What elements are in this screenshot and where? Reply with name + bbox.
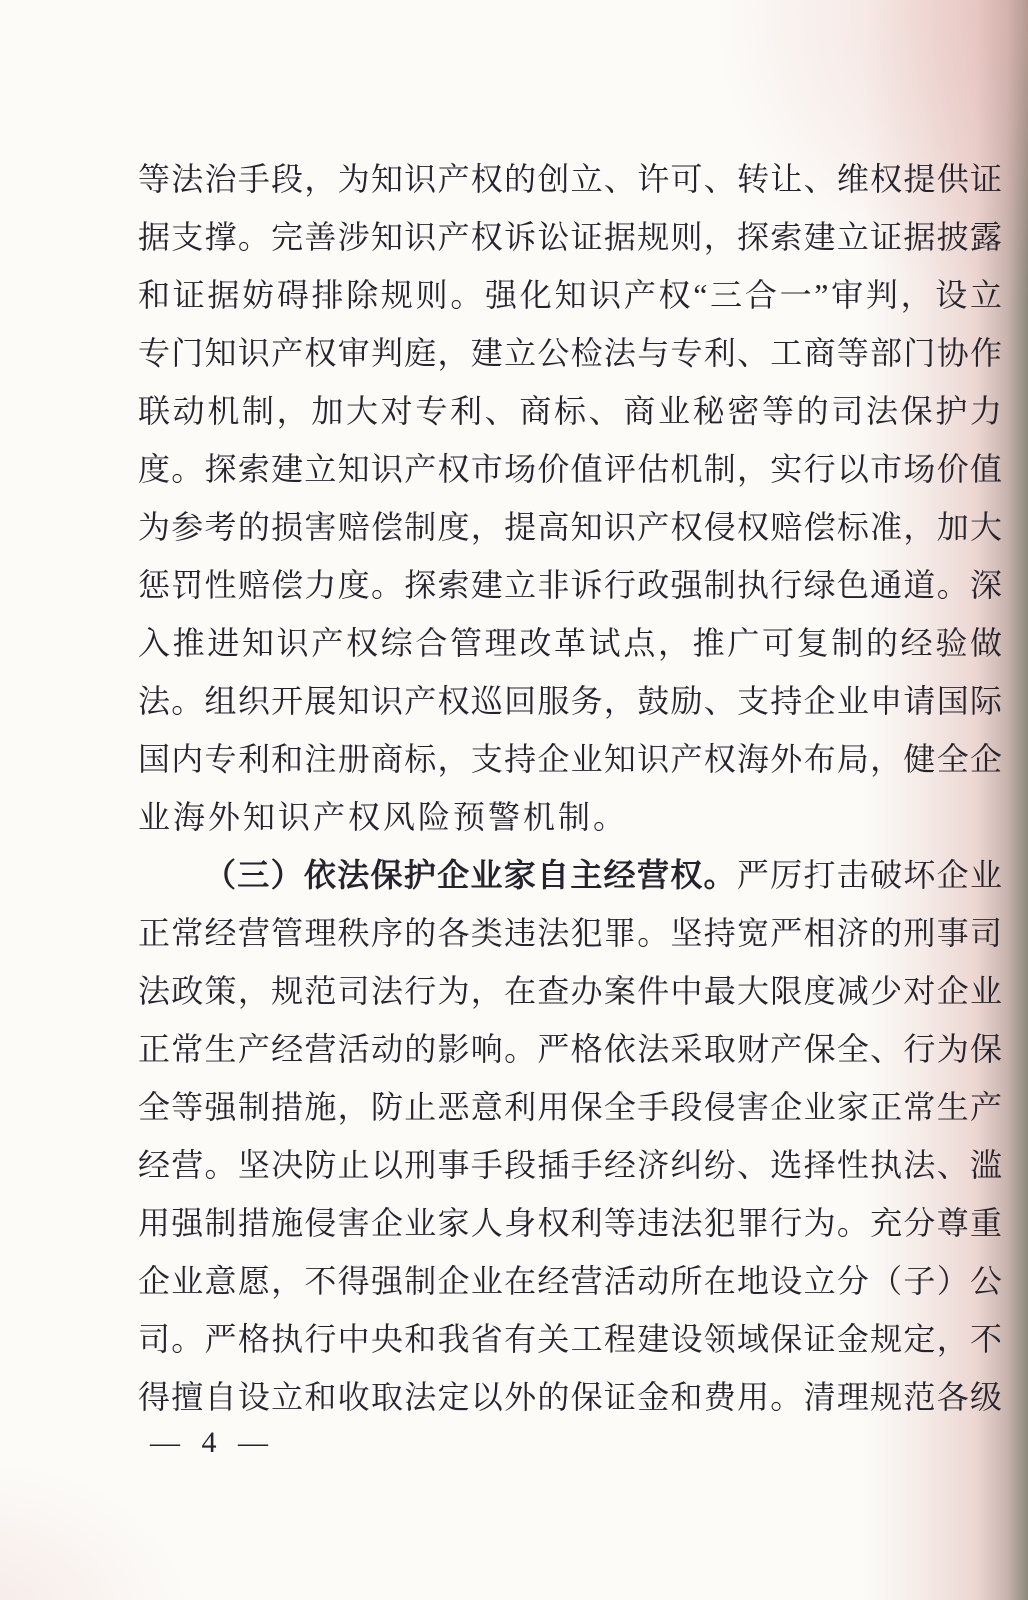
text-line: 法。组织开展知识产权巡回服务，鼓励、支持企业申请国际 [138,672,1002,730]
text-line: 用强制措施侵害企业家人身权利等违法犯罪行为。充分尊重 [138,1194,1002,1252]
text-line: 法政策，规范司法行为，在查办案件中最大限度减少对企业 [138,962,1002,1020]
text-line: 企业意愿，不得强制企业在经营活动所在地设立分（子）公 [138,1252,1002,1310]
text-line: 入推进知识产权综合管理改革试点，推广可复制的经验做 [138,614,1002,672]
text-line: 据支撑。完善涉知识产权诉讼证据规则，探索建立证据披露 [138,208,1002,266]
paragraph-end-line: 业海外知识产权风险预警机制。 [138,788,1002,846]
text-line: 经营。坚决防止以刑事手段插手经济纠纷、选择性执法、滥 [138,1136,1002,1194]
text-line: 联动机制，加大对专利、商标、商业秘密等的司法保护力 [138,382,1002,440]
section-heading-line: （三）依法保护企业家自主经营权。严厉打击破坏企业 [138,846,1002,904]
section-heading: （三）依法保护企业家自主经营权。 [204,857,737,893]
page-number: — 4 — [150,1426,275,1460]
text-line: 得擅自设立和收取法定以外的保证金和费用。清理规范各级 [138,1368,1002,1426]
text-line: 度。探索建立知识产权市场价值评估机制，实行以市场价值 [138,440,1002,498]
text-line: 为参考的损害赔偿制度，提高知识产权侵权赔偿标准，加大 [138,498,1002,556]
text-line: 惩罚性赔偿力度。探索建立非诉行政强制执行绿色通道。深 [138,556,1002,614]
text-line: 专门知识产权审判庭，建立公检法与专利、工商等部门协作 [138,324,1002,382]
scanned-document-page: 等法治手段，为知识产权的创立、许可、转让、维权提供证 据支撑。完善涉知识产权诉讼… [0,0,1028,1600]
text-line: 正常经营管理秩序的各类违法犯罪。坚持宽严相济的刑事司 [138,904,1002,962]
text-line: 国内专利和注册商标，支持企业知识产权海外布局，健全企 [138,730,1002,788]
document-body: 等法治手段，为知识产权的创立、许可、转让、维权提供证 据支撑。完善涉知识产权诉讼… [138,150,1002,1426]
text-line: 全等强制措施，防止恶意利用保全手段侵害企业家正常生产 [138,1078,1002,1136]
text-line: 司。严格执行中央和我省有关工程建设领域保证金规定，不 [138,1310,1002,1368]
section-heading-tail: 严厉打击破坏企业 [737,857,1002,893]
text-line: 等法治手段，为知识产权的创立、许可、转让、维权提供证 [138,150,1002,208]
text-line: 正常生产经营活动的影响。严格依法采取财产保全、行为保 [138,1020,1002,1078]
text-line: 和证据妨碍排除规则。强化知识产权“三合一”审判，设立 [138,266,1002,324]
